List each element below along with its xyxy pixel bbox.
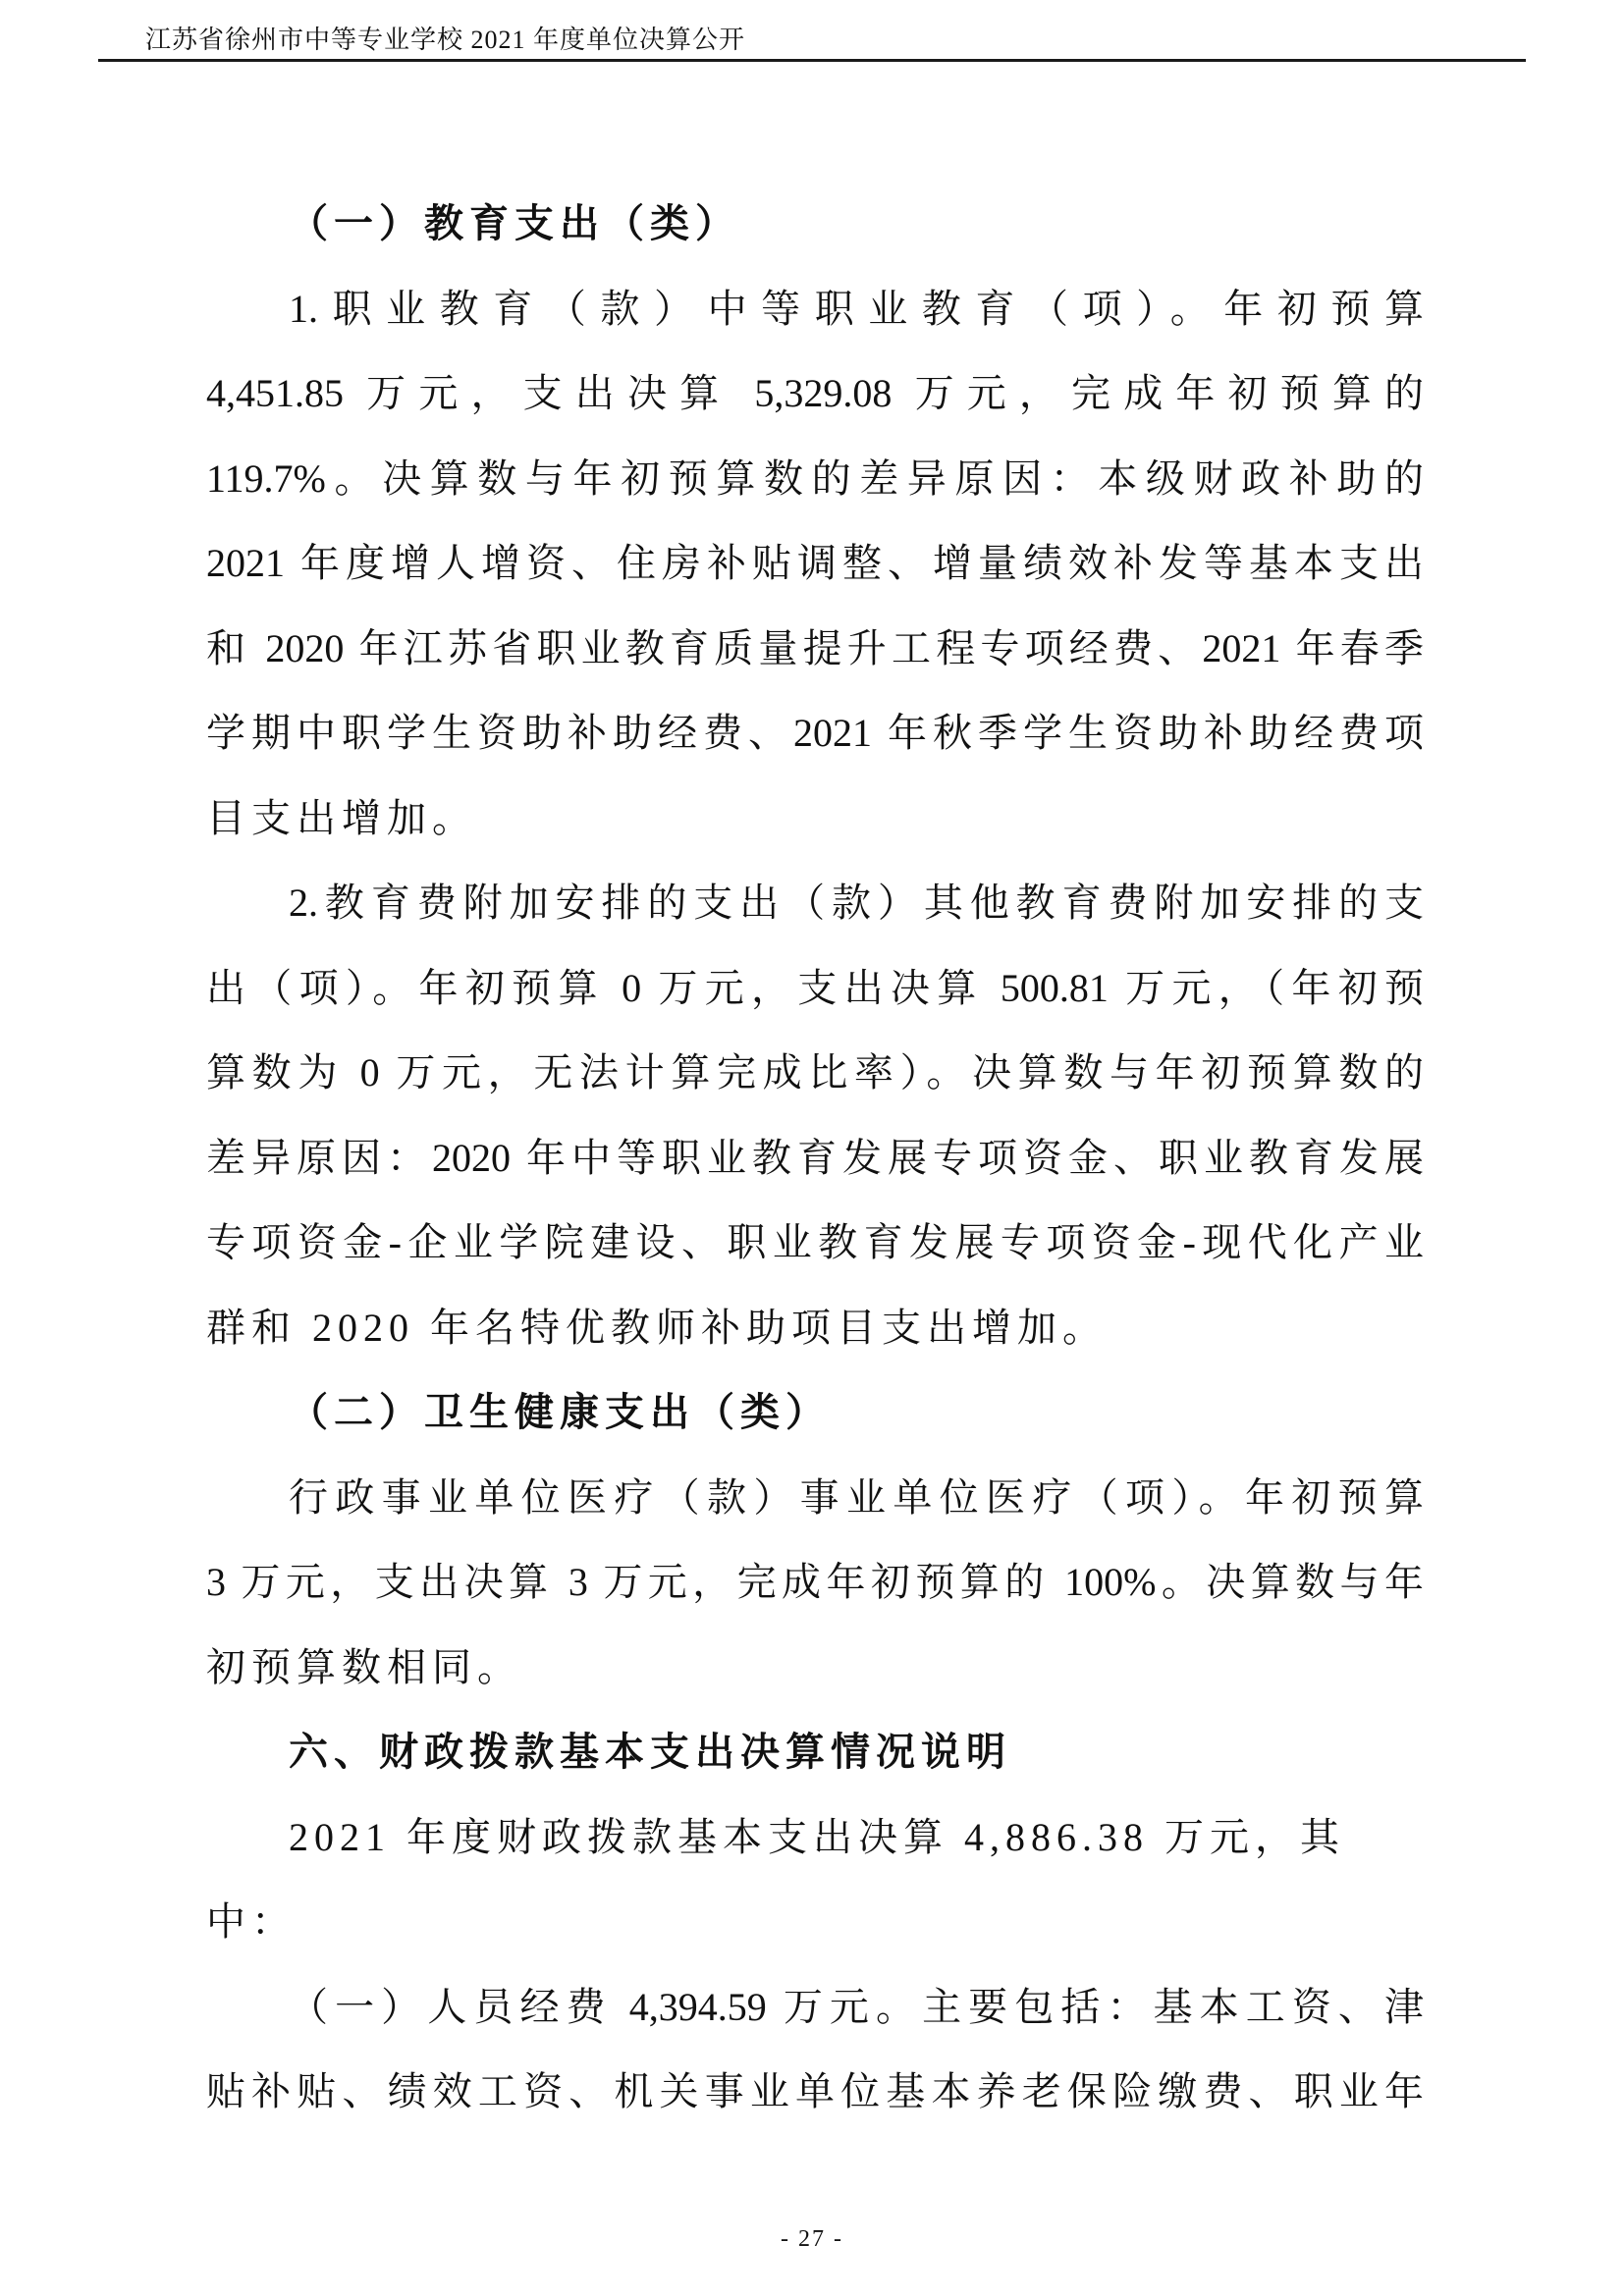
text-line: 4,451.85 万元，支出决算 5,329.08 万元，完成年初预算的	[206, 351, 1424, 437]
text-line: 算数为 0 万元，无法计算完成比率）。决算数与年初预算数的	[206, 1031, 1424, 1116]
text-line: 2.教育费附加安排的支出（款）其他教育费附加安排的支	[206, 861, 1424, 946]
text-line: 初预算数相同。	[206, 1626, 1424, 1711]
text-line: 2021 年度增人增资、住房补贴调整、增量绩效补发等基本支出	[206, 521, 1424, 607]
section-heading: 六、财政拨款基本支出决算情况说明	[206, 1710, 1424, 1795]
text-line: 行政事业单位医疗（款）事业单位医疗（项）。年初预算	[206, 1456, 1424, 1541]
text-line: 和 2020 年江苏省职业教育质量提升工程专项经费、2021 年春季	[206, 607, 1424, 692]
document-lines: （一）教育支出（类）1.职业教育（款）中等职业教育（项）。年初预算4,451.8…	[206, 182, 1424, 2135]
text-line: 出（项）。年初预算 0 万元，支出决算 500.81 万元，（年初预	[206, 946, 1424, 1032]
text-line: 差异原因：2020 年中等职业教育发展专项资金、职业教育发展	[206, 1116, 1424, 1201]
text-line: 1.职业教育（款）中等职业教育（项）。年初预算	[206, 267, 1424, 352]
text-line: 群和 2020 年名特优教师补助项目支出增加。	[206, 1286, 1424, 1371]
text-line: 目支出增加。	[206, 776, 1424, 862]
text-line: 专项资金-企业学院建设、职业教育发展专项资金-现代化产业	[206, 1201, 1424, 1286]
section-heading: （一）教育支出（类）	[206, 182, 1424, 267]
header-rule	[98, 59, 1526, 62]
text-line: （一）人员经费 4,394.59 万元。主要包括：基本工资、津	[206, 1965, 1424, 2051]
document-page: 江苏省徐州市中等专业学校 2021 年度单位决算公开 （一）教育支出（类）1.职…	[0, 0, 1624, 2296]
section-heading: （二）卫生健康支出（类）	[206, 1370, 1424, 1456]
text-line: 119.7%。决算数与年初预算数的差异原因：本级财政补助的	[206, 437, 1424, 522]
text-line: 2021 年度财政拨款基本支出决算 4,886.38 万元，其中：	[206, 1795, 1424, 1965]
text-line: 贴补贴、绩效工资、机关事业单位基本养老保险缴费、职业年	[206, 2050, 1424, 2135]
page-header-title: 江苏省徐州市中等专业学校 2021 年度单位决算公开	[145, 20, 1511, 56]
text-line: 3 万元，支出决算 3 万元，完成年初预算的 100%。决算数与年	[206, 1540, 1424, 1626]
page-number: - 27 -	[0, 2226, 1624, 2253]
text-line: 学期中职学生资助补助经费、2021 年秋季学生资助补助经费项	[206, 691, 1424, 776]
